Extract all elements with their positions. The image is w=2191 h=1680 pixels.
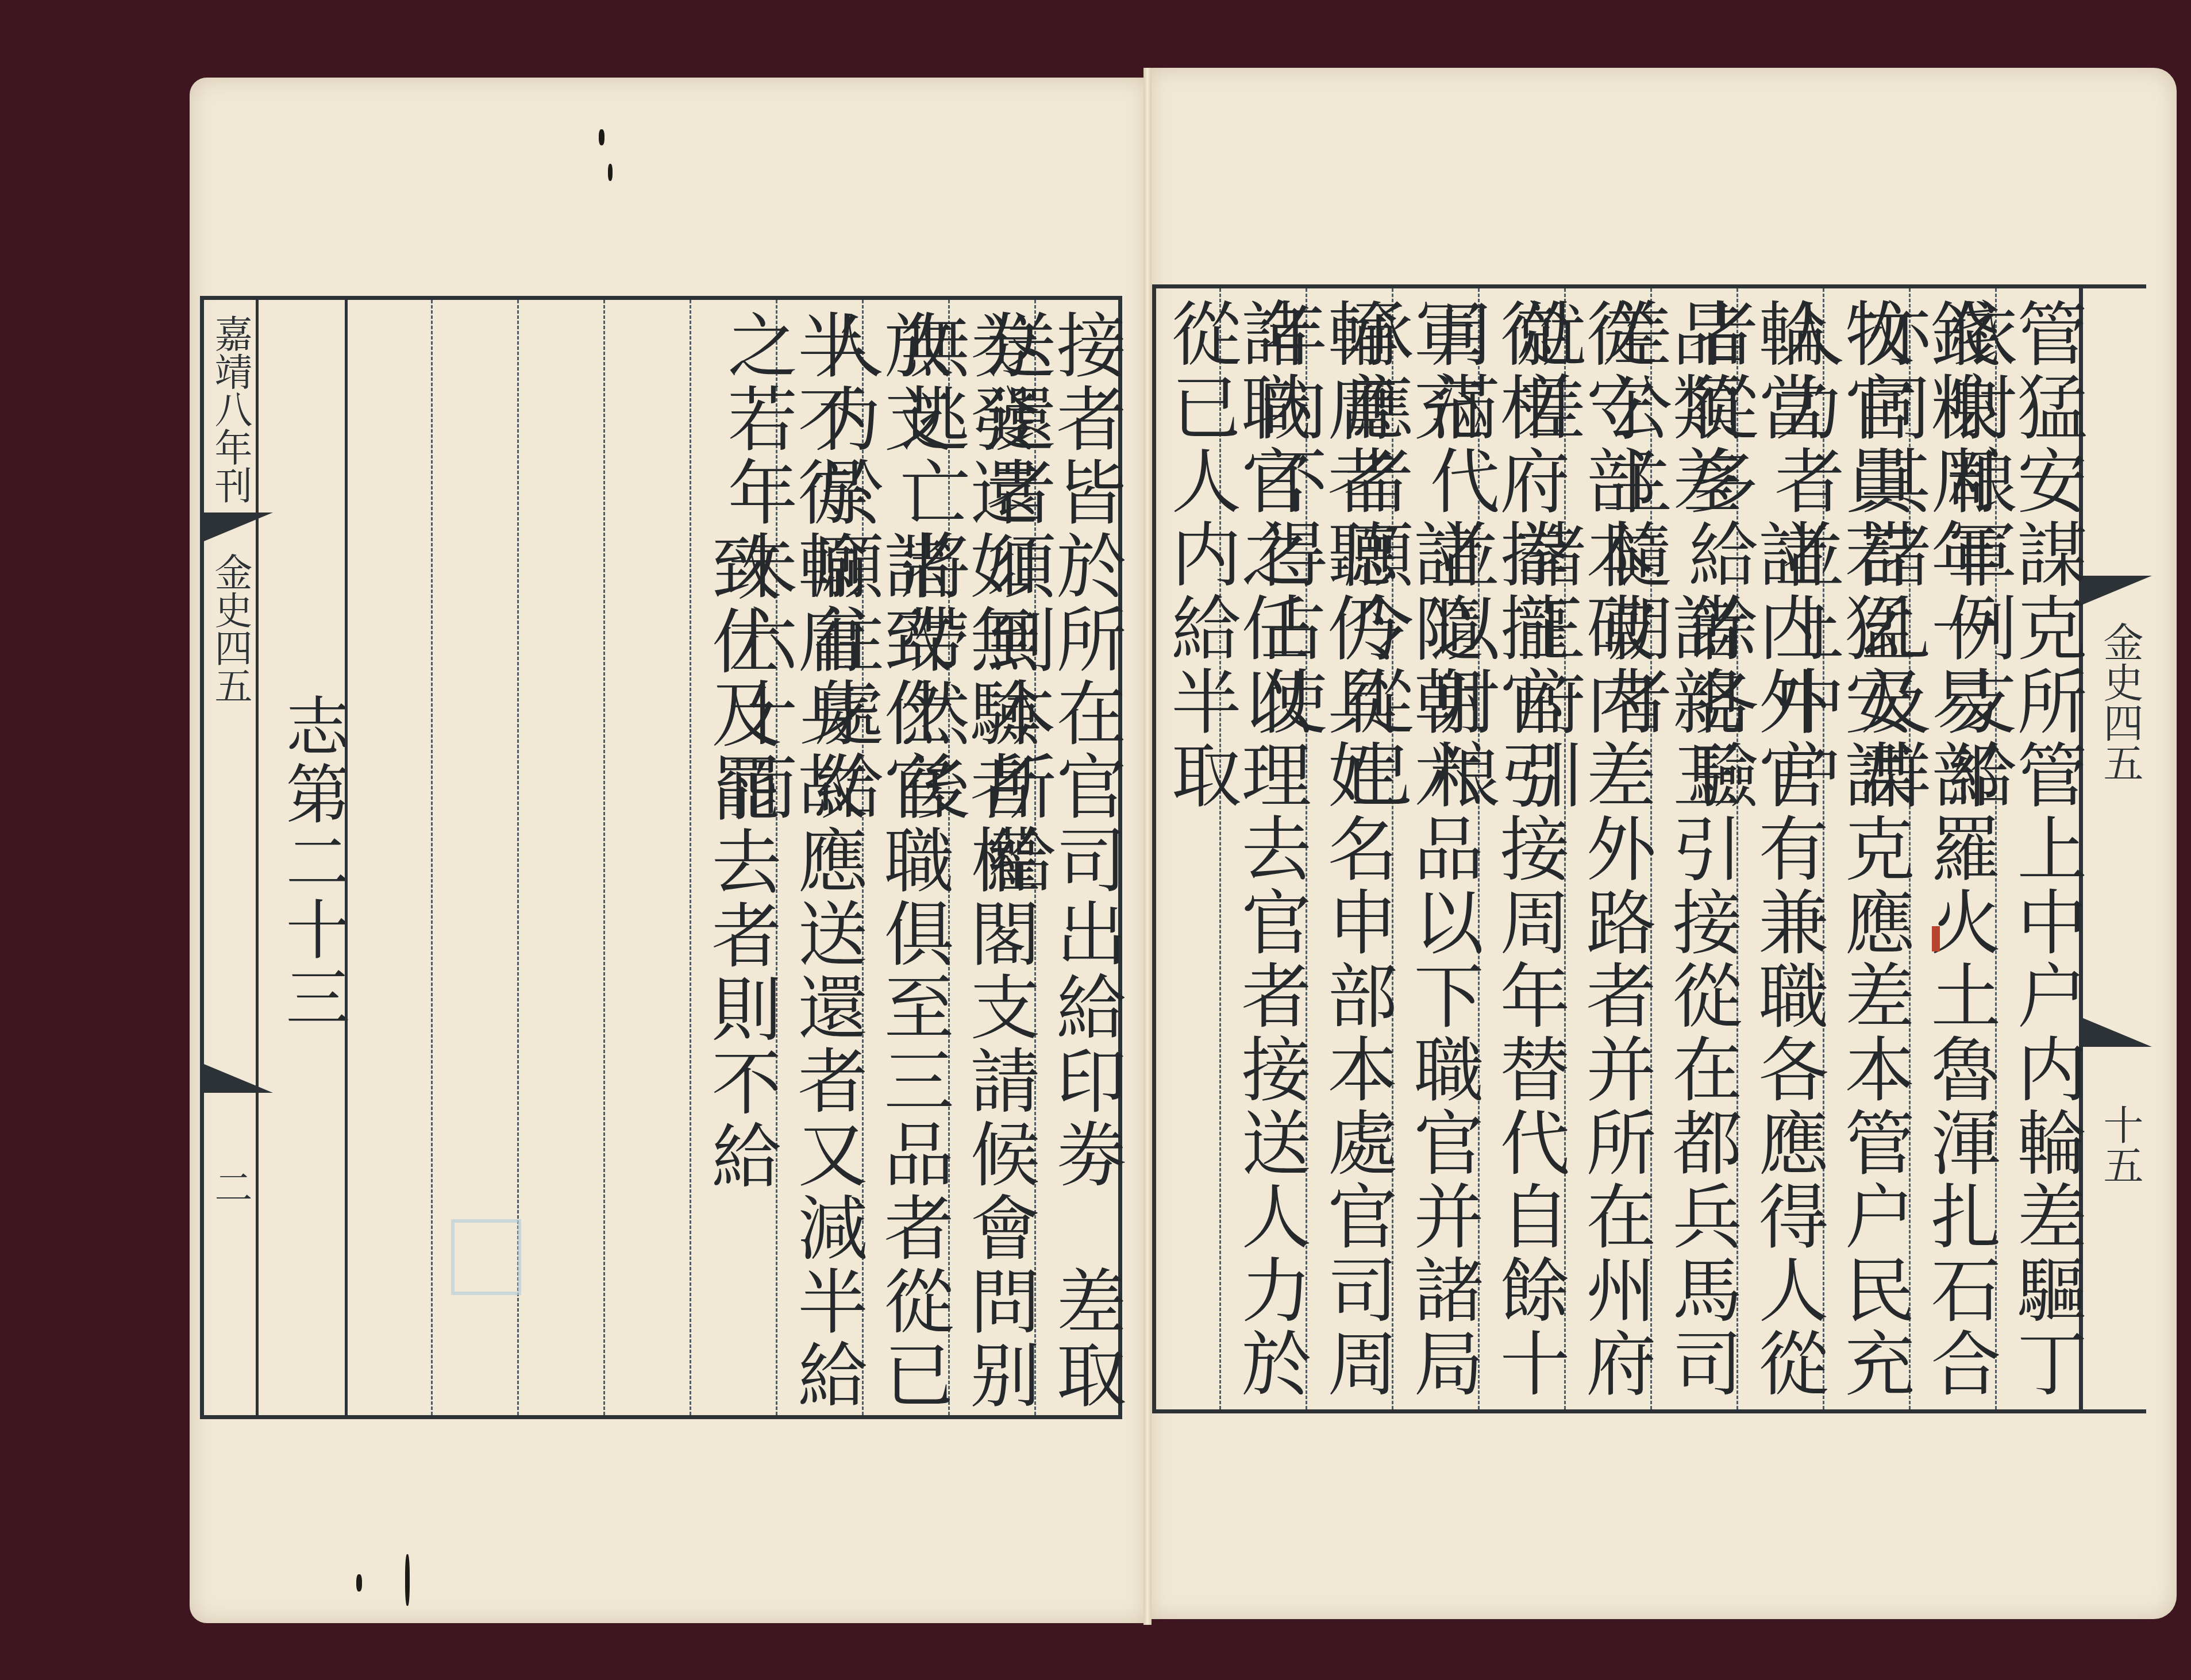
fishtail-lower bbox=[2083, 1018, 2152, 1047]
book-spine bbox=[1143, 68, 1152, 1625]
blank-column bbox=[603, 300, 690, 1415]
text-column: 從守部本破内差外路者并所在州府就差 諸王府引 bbox=[1564, 288, 1650, 1409]
text-column: 諸職官之任以理去官者接送人力於從已人内給半取 bbox=[1219, 288, 1306, 1409]
right-margin-column: 金史四五 十五 bbox=[2083, 284, 2146, 1413]
text-column: 輸庸者聽仍具姓名申部本處官司周年内不得占使 bbox=[1306, 288, 1392, 1409]
page-number: 十五 bbox=[2092, 1104, 2150, 1185]
text-column: 劵發還如無驗者權閣支請候會問别無逃亡將帶然後 bbox=[948, 300, 1034, 1415]
right-page-frame: 管猛安謀克所管上中户内輪差驅丁依射粮軍例支給 錢粮周年一易部羅火土魯渾扎石合亦同… bbox=[1152, 284, 2083, 1413]
text-column: 輪當 諸内外官有兼職各應得人從者從多給餘各驗 bbox=[1736, 288, 1823, 1409]
edition-label: 嘉靖八年刊 bbox=[211, 314, 249, 504]
text-column: 牧官員若猛安謀克應差本管户民充人力者並上中户 bbox=[1823, 288, 1909, 1409]
text-column: 致仕及罷去者則不給 bbox=[690, 300, 776, 1415]
blank-column bbox=[517, 300, 603, 1415]
paper-damage bbox=[356, 1574, 362, 1592]
book-title-label: 金史四五 bbox=[211, 553, 249, 704]
red-ink-mark bbox=[1932, 926, 1940, 951]
text-column: 接者皆於所在官司出給印劵 差取送還者須到本所給 bbox=[1034, 300, 1120, 1415]
page-number-partial: 二 bbox=[211, 1167, 249, 1205]
text-column: 軍充 諸隨朝六品以下職官并諸局承應者願令從已 bbox=[1392, 288, 1478, 1409]
text-column: 從相府搼攏官引接周年替代自餘十月滿代並以射粮 bbox=[1478, 288, 1564, 1409]
faint-seal-stamp bbox=[451, 1219, 521, 1295]
text-column: 放支 諸致仕官職俱至三品者從已人力於願往處給 bbox=[862, 300, 948, 1415]
chapter-title: 志第二十三 bbox=[259, 693, 345, 1032]
book-title-label: 金史四五 bbox=[2092, 622, 2150, 783]
blank-column bbox=[345, 300, 431, 1415]
text-column: 半不得輸庸身故應送還者又減半給之若年未六十而 bbox=[776, 300, 862, 1415]
text-column: 管猛安謀克所管上中户内輪差驅丁依射粮軍例支給 bbox=[1995, 288, 2081, 1409]
text-column: 品類差 諸親王引接從在都兵馬司差公主隨朝者 bbox=[1650, 288, 1736, 1409]
fishtail-upper bbox=[2083, 576, 2152, 604]
left-margin-column: 嘉靖八年刊 金史四五 二 bbox=[204, 300, 259, 1415]
paper-damage bbox=[608, 164, 613, 181]
text-column: 錢粮周年一易部羅火土魯渾扎石合亦同其諸乣及群 bbox=[1909, 288, 1995, 1409]
paper-damage bbox=[599, 129, 604, 145]
chapter-title-column: 志第二十三 bbox=[259, 300, 345, 1415]
paper-damage bbox=[405, 1554, 410, 1606]
left-page-frame: 嘉靖八年刊 金史四五 二 志第二十三 接者皆於所在官司出給印劵 差取送還者須到本… bbox=[200, 296, 1122, 1419]
